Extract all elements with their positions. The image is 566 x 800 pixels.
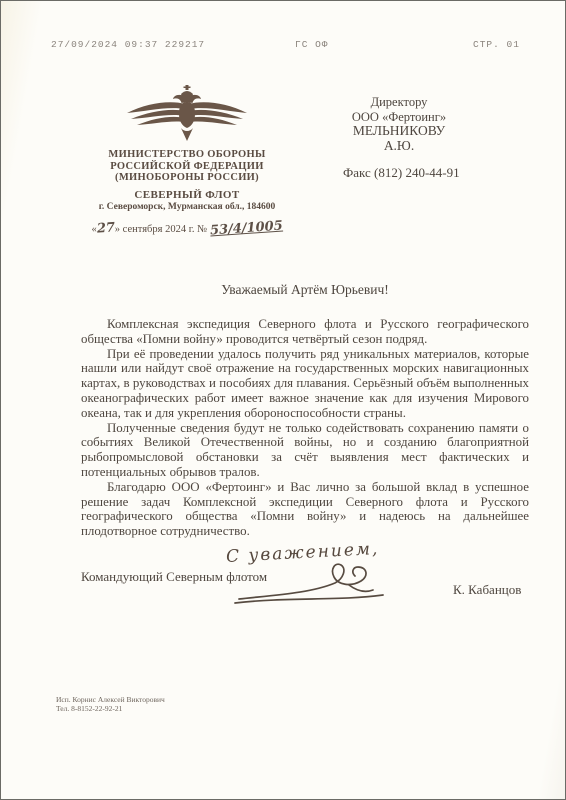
executor-name: Исп. Корнис Алексей Викторович [56,695,165,704]
signer-name: К. Кабанцов [453,582,521,598]
signature-icon [231,557,401,609]
body-paragraph: При её проведении удалось получить ряд у… [81,347,529,421]
recipient-fax: Факс (812) 240-44-91 [339,166,459,181]
fleet-address: г. Североморск, Мурманская обл., 184600 [53,202,321,212]
date-day-handwritten: 27 [96,220,115,236]
body-paragraph: Благодарю ООО «Фертоинг» и Вас лично за … [81,480,529,539]
body-paragraph: Полученные сведения будут не только соде… [81,421,529,480]
fax-page-number: СТР. 01 [473,39,520,50]
recipient-org: ООО «Фертоинг» [339,110,459,125]
ministry-name-line2: РОССИЙСКОЙ ФЕДЕРАЦИИ [53,161,321,173]
scanned-letter-page: 27/09/2024 09:37 229217 ГС ОФ СТР. 01 [0,0,566,800]
recipient-role: Директору [339,95,459,110]
letterhead: МИНИСТЕРСТВО ОБОРОНЫ РОССИЙСКОЙ ФЕДЕРАЦИ… [53,85,321,236]
ministry-name-line1: МИНИСТЕРСТВО ОБОРОНЫ [53,149,321,161]
fax-center-code: ГС ОФ [295,39,329,50]
ministry-name-line3: (МИНОБОРОНЫ РОССИИ) [53,172,321,184]
date-rest: » сентября 2024 г. № [115,224,210,235]
doc-number-handwritten: 53/4/1005 [209,218,283,238]
salutation: Уважаемый Артём Юрьевич! [81,282,529,298]
date-line: «27» сентября 2024 г. № 53/4/1005 [53,221,321,236]
executor-footer: Исп. Корнис Алексей Викторович Тел. 8-81… [56,695,165,713]
body-paragraph: Комплексная экспедиция Северного флота и… [81,317,529,347]
executor-phone: Тел. 8-8152-22-92-21 [56,704,165,713]
recipient-block: Директору ООО «Фертоинг» МЕЛЬНИКОВУ А.Ю.… [339,95,459,181]
letter-body: Комплексная экспедиция Северного флота и… [81,317,529,539]
fax-datetime: 27/09/2024 09:37 229217 [51,39,205,50]
recipient-name: МЕЛЬНИКОВУ А.Ю. [339,124,459,153]
fleet-name: СЕВЕРНЫЙ ФЛОТ [53,189,321,201]
ministry-eagle-emblem-icon [126,85,248,143]
